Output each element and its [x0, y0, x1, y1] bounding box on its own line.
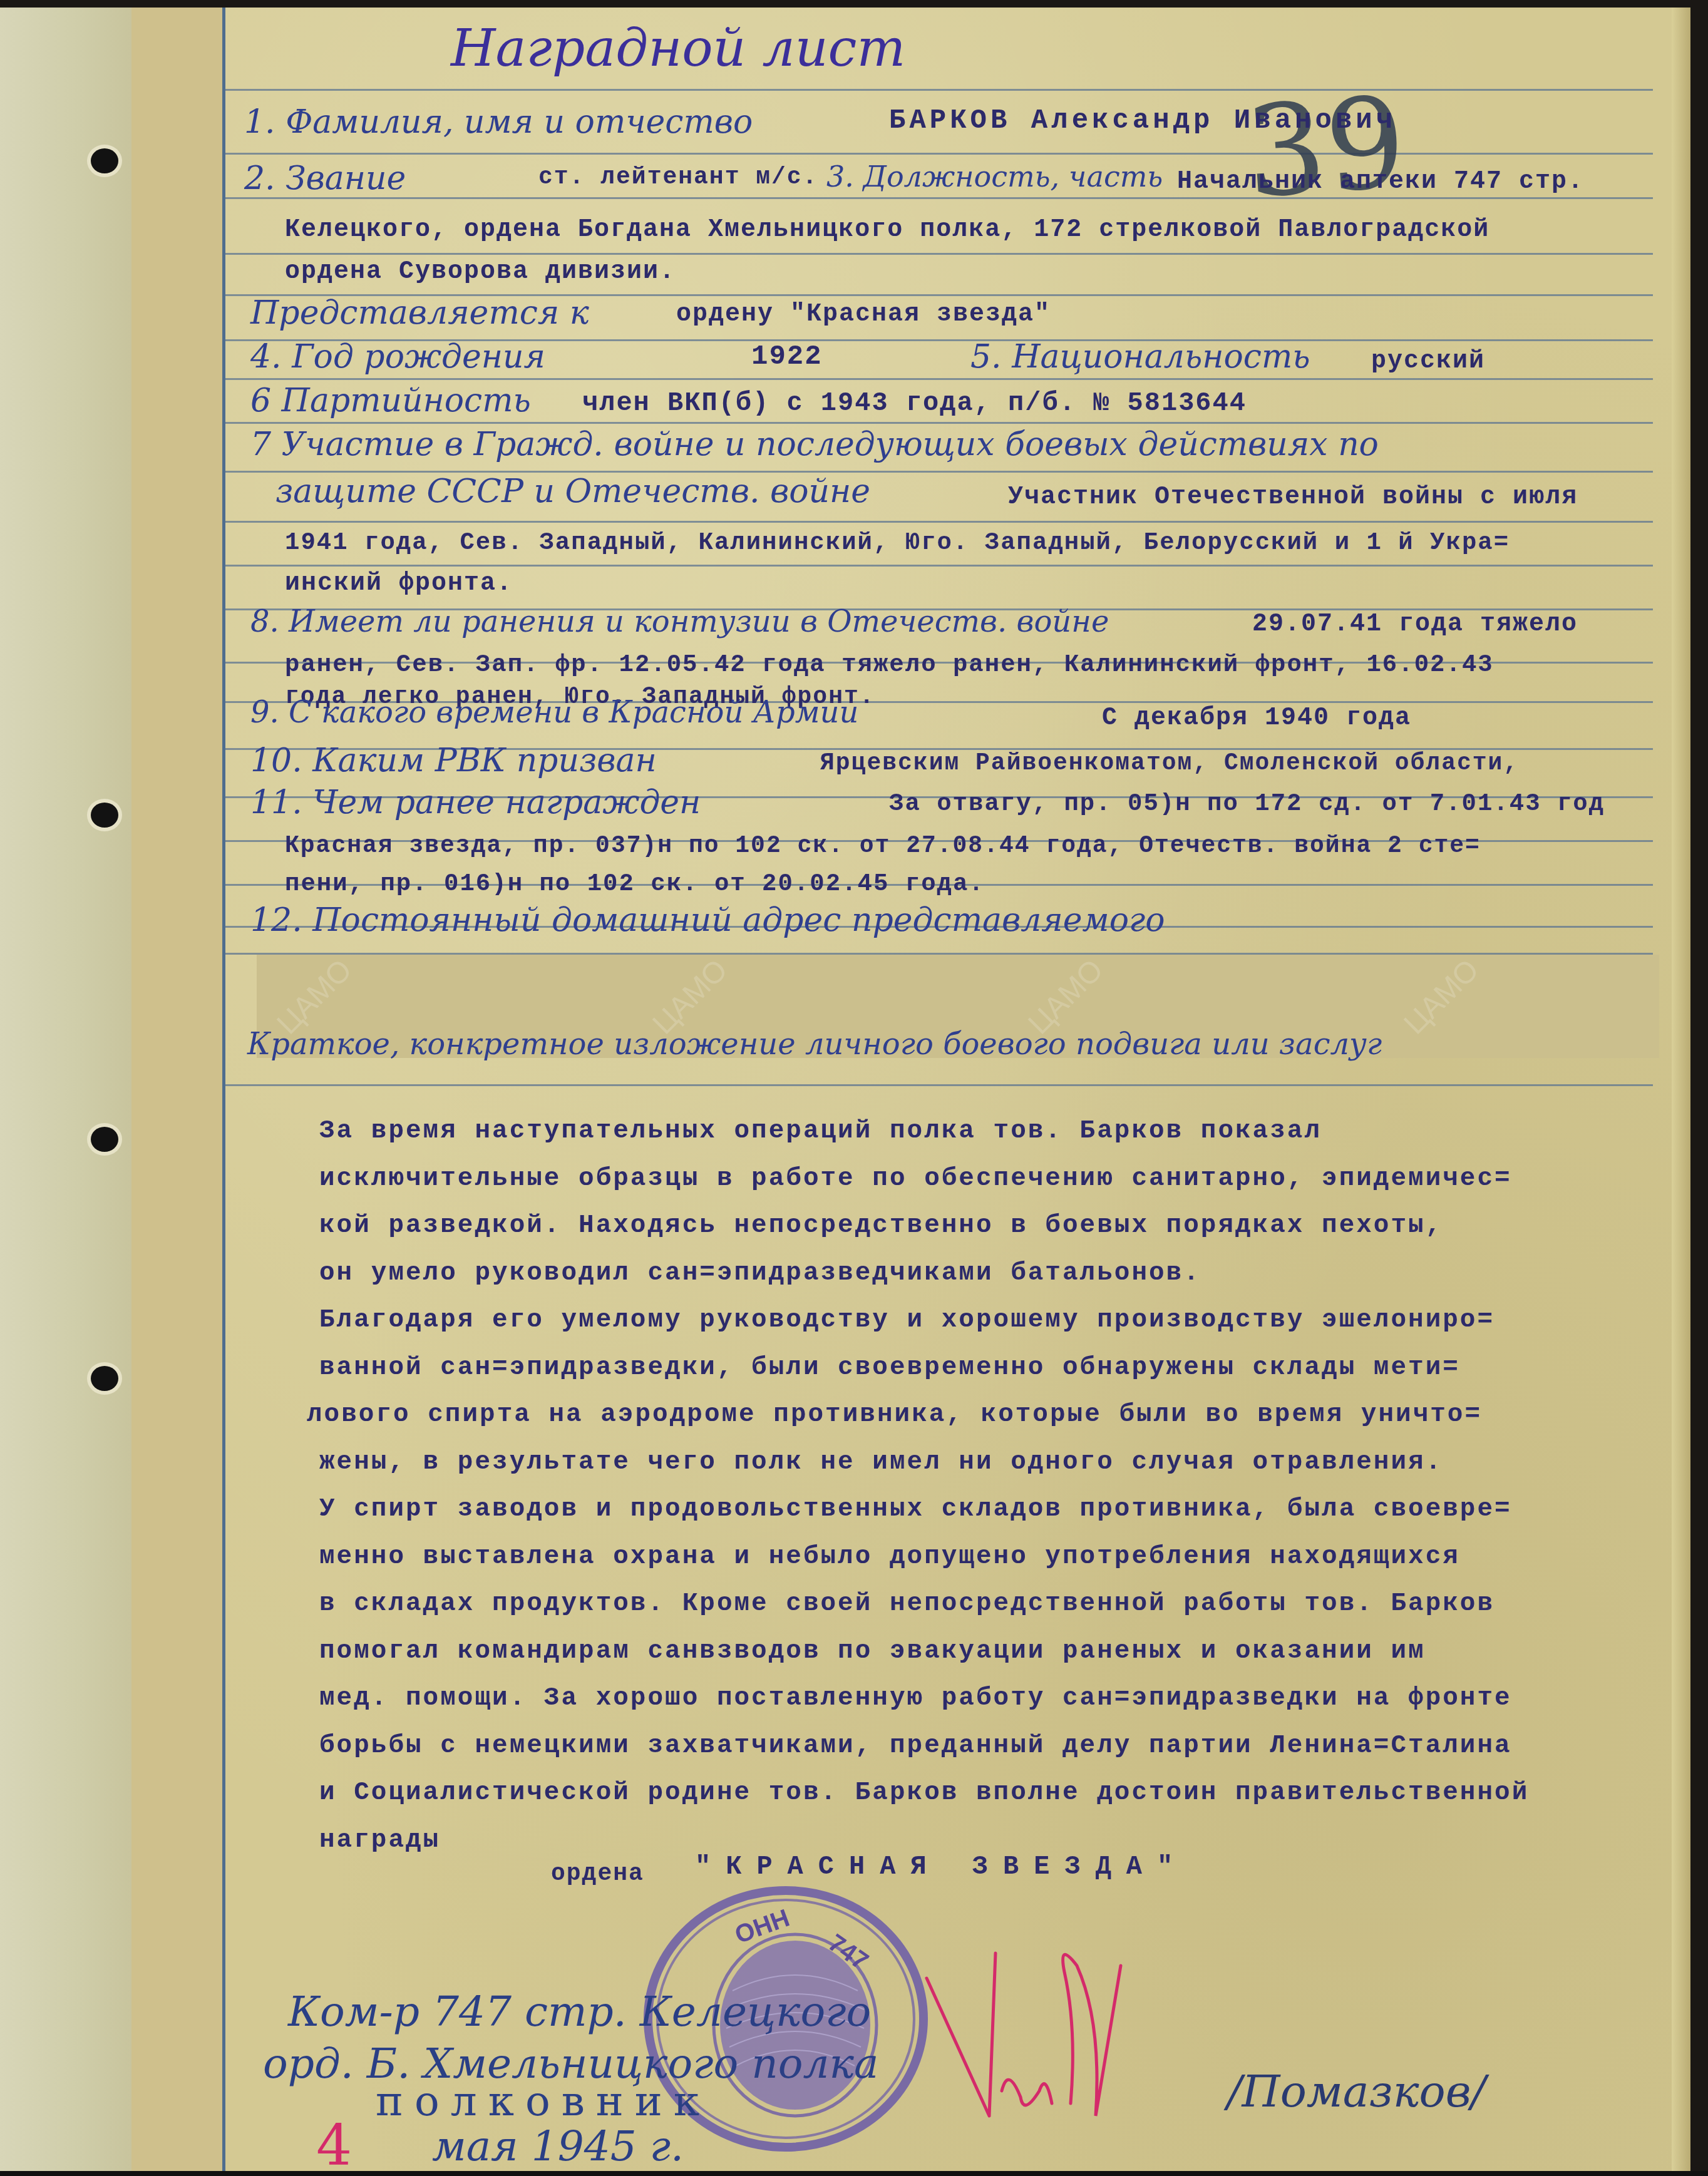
field-5-label: 5. Национальность: [970, 338, 1310, 376]
body-line: лового спирта на аэродроме противника, к…: [307, 1392, 1665, 1439]
body-line: он умело руководил сан=эпидразведчиками …: [319, 1250, 1665, 1298]
document-title: Наградной лист: [451, 19, 905, 78]
body-line: ванной сан=эпидразведки, были своевремен…: [319, 1345, 1665, 1392]
field-1-value: БАРКОВ Александр Иванович: [889, 105, 1396, 136]
nomination-value: ордену "Красная звезда": [676, 300, 1051, 329]
field-11-label: 11. Чем ранее награжден: [250, 784, 701, 821]
field-3-label: 3. Должность, часть: [826, 160, 1163, 193]
award-prefix: ордена: [551, 1860, 644, 1887]
body-line: За время наступательных операций полка т…: [319, 1108, 1665, 1156]
field-3-value: Начальник аптеки 747 стр.: [1177, 168, 1584, 196]
archive-page-number: 39: [1241, 69, 1410, 226]
field-11-value: Красная звезда, пр. 037)н по 102 ск. от …: [285, 833, 1481, 860]
field-4-value: 1922: [751, 341, 823, 372]
field-8-value: 29.07.41 года тяжело: [1252, 610, 1578, 639]
signer-position-line1: Ком-р 747 стр. Келецкого: [288, 1988, 871, 2036]
field-11-value: пени, пр. 016)н по 102 ск. от 20.02.45 г…: [285, 870, 985, 898]
date-day-red-pencil: 4: [316, 2113, 352, 2176]
signer-rank: полковник: [376, 2077, 711, 2125]
body-line: борьбы с немецкими захватчиками, преданн…: [319, 1723, 1665, 1770]
signature-date: мая 1945 г.: [432, 2122, 684, 2170]
scan-edge: [0, 2171, 1708, 2176]
merit-description: За время наступательных операций полка т…: [319, 1108, 1665, 1864]
body-line: мед. помощи. За хорошо поставленную рабо…: [319, 1675, 1665, 1723]
summary-heading: Краткое, конкретное изложение личного бо…: [247, 1027, 1382, 1062]
field-2-label: 2. Звание: [244, 160, 406, 197]
field-9-label: 9. С какого времени в Красной Армии: [250, 695, 858, 730]
red-signature: [914, 1928, 1152, 2141]
field-9-value: С декабря 1940 года: [1102, 704, 1411, 732]
punch-hole: [91, 803, 118, 828]
field-4-label: 4. Год рождения: [250, 338, 545, 376]
body-line: Благодаря его умелому руководству и хоро…: [319, 1297, 1665, 1345]
binding-strip: [0, 8, 131, 2176]
punch-hole: [91, 148, 118, 173]
field-6-value: член ВКП(б) с 1943 года, п/б. № 5813644: [582, 388, 1247, 418]
left-margin: [131, 8, 223, 2176]
field-7-value: 1941 года, Сев. Западный, Калининский, Ю…: [285, 529, 1510, 557]
field-3-continuation: ордена Суворова дивизии.: [285, 258, 676, 286]
field-6-label: 6 Партийность: [250, 382, 531, 419]
field-11-value: За отвагу, пр. 05)н по 172 сд. от 7.01.4…: [889, 790, 1605, 818]
field-10-value: Ярцевским Райвоенкоматом, Смоленской обл…: [820, 750, 1519, 777]
signer-name: /Помазков/: [1227, 2066, 1486, 2117]
watermark: ЦАМО: [1397, 953, 1486, 1041]
field-8-label: 8. Имеет ли ранения и контузии в Отечест…: [250, 604, 1109, 639]
punch-hole: [91, 1127, 118, 1152]
body-line: кой разведкой. Находясь непосредственно …: [319, 1203, 1665, 1250]
field-3-continuation: Келецкого, ордена Богдана Хмельницкого п…: [285, 216, 1489, 244]
body-line: помогал командирам санвзводов по эвакуац…: [319, 1628, 1665, 1676]
field-1-label: 1. Фамилия, имя и отчество: [244, 103, 753, 141]
nomination-label: Представляется к: [250, 294, 589, 332]
body-line: менно выставлена охрана и небыло допущен…: [319, 1534, 1665, 1581]
field-7-label: 7 Участие в Гражд. войне и последующих б…: [250, 426, 1379, 463]
field-7-value: Участник Отечественной войны с июля: [1008, 483, 1578, 511]
field-7-value: инский фронта.: [285, 570, 513, 598]
body-line: жены, в результате чего полк не имел ни …: [319, 1439, 1665, 1487]
field-7-label: защите СССР и Отечеств. войне: [275, 473, 870, 510]
punch-hole: [91, 1366, 118, 1391]
field-12-label: 12. Постоянный домашний адрес представля…: [250, 901, 1165, 939]
sheet-edge: [1672, 8, 1690, 2176]
body-line: в складах продуктов. Кроме своей непосре…: [319, 1581, 1665, 1628]
field-5-value: русский: [1371, 347, 1485, 376]
body-line: исключительные образцы в работе по обесп…: [319, 1156, 1665, 1203]
field-2-value: ст. лейтенант м/с.: [538, 164, 818, 191]
field-8-value: ранен, Сев. Зап. фр. 12.05.42 года тяжел…: [285, 651, 1494, 679]
margin-rule: [222, 8, 225, 2176]
award-name: "КРАСНАЯ ЗВЕЗДА": [695, 1852, 1188, 1882]
body-line: У спирт заводов и продовольственных скла…: [319, 1486, 1665, 1534]
field-10-label: 10. Каким РВК призван: [250, 742, 657, 779]
body-line: и Социалистической родине тов. Барков вп…: [319, 1770, 1665, 1817]
